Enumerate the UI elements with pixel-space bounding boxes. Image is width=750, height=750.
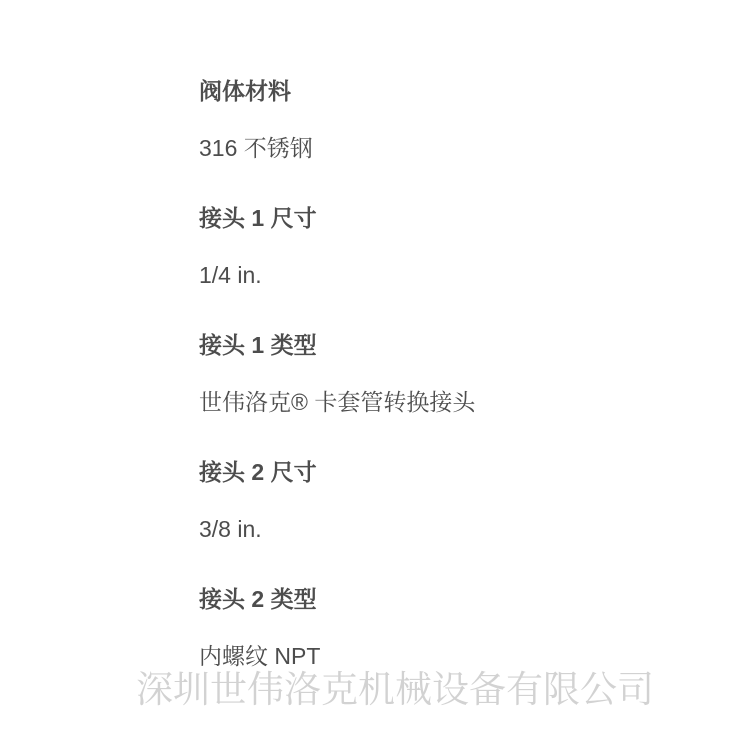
spec-item-connection-2-size: 接头 2 尺寸 3/8 in. <box>199 459 750 543</box>
spec-value-connection-2-size: 3/8 in. <box>199 516 750 543</box>
spec-label-connection-1-size: 接头 1 尺寸 <box>199 205 750 232</box>
product-spec-list: 阀体材料 316 不锈钢 接头 1 尺寸 1/4 in. 接头 1 类型 世伟洛… <box>199 78 750 713</box>
spec-label-connection-2-type: 接头 2 类型 <box>199 586 750 613</box>
spec-item-connection-1-type: 接头 1 类型 世伟洛克® 卡套管转换接头 <box>199 332 750 416</box>
spec-item-connection-1-size: 接头 1 尺寸 1/4 in. <box>199 205 750 289</box>
spec-value-connection-1-size: 1/4 in. <box>199 262 750 289</box>
spec-value-connection-2-type: 内螺纹 NPT <box>199 643 750 670</box>
spec-value-connection-1-type: 世伟洛克® 卡套管转换接头 <box>199 389 750 416</box>
spec-item-valve-body-material: 阀体材料 316 不锈钢 <box>199 78 750 162</box>
spec-label-connection-1-type: 接头 1 类型 <box>199 332 750 359</box>
spec-label-valve-body-material: 阀体材料 <box>199 78 750 105</box>
spec-item-connection-2-type: 接头 2 类型 内螺纹 NPT <box>199 586 750 670</box>
spec-label-connection-2-size: 接头 2 尺寸 <box>199 459 750 486</box>
spec-value-valve-body-material: 316 不锈钢 <box>199 135 750 162</box>
